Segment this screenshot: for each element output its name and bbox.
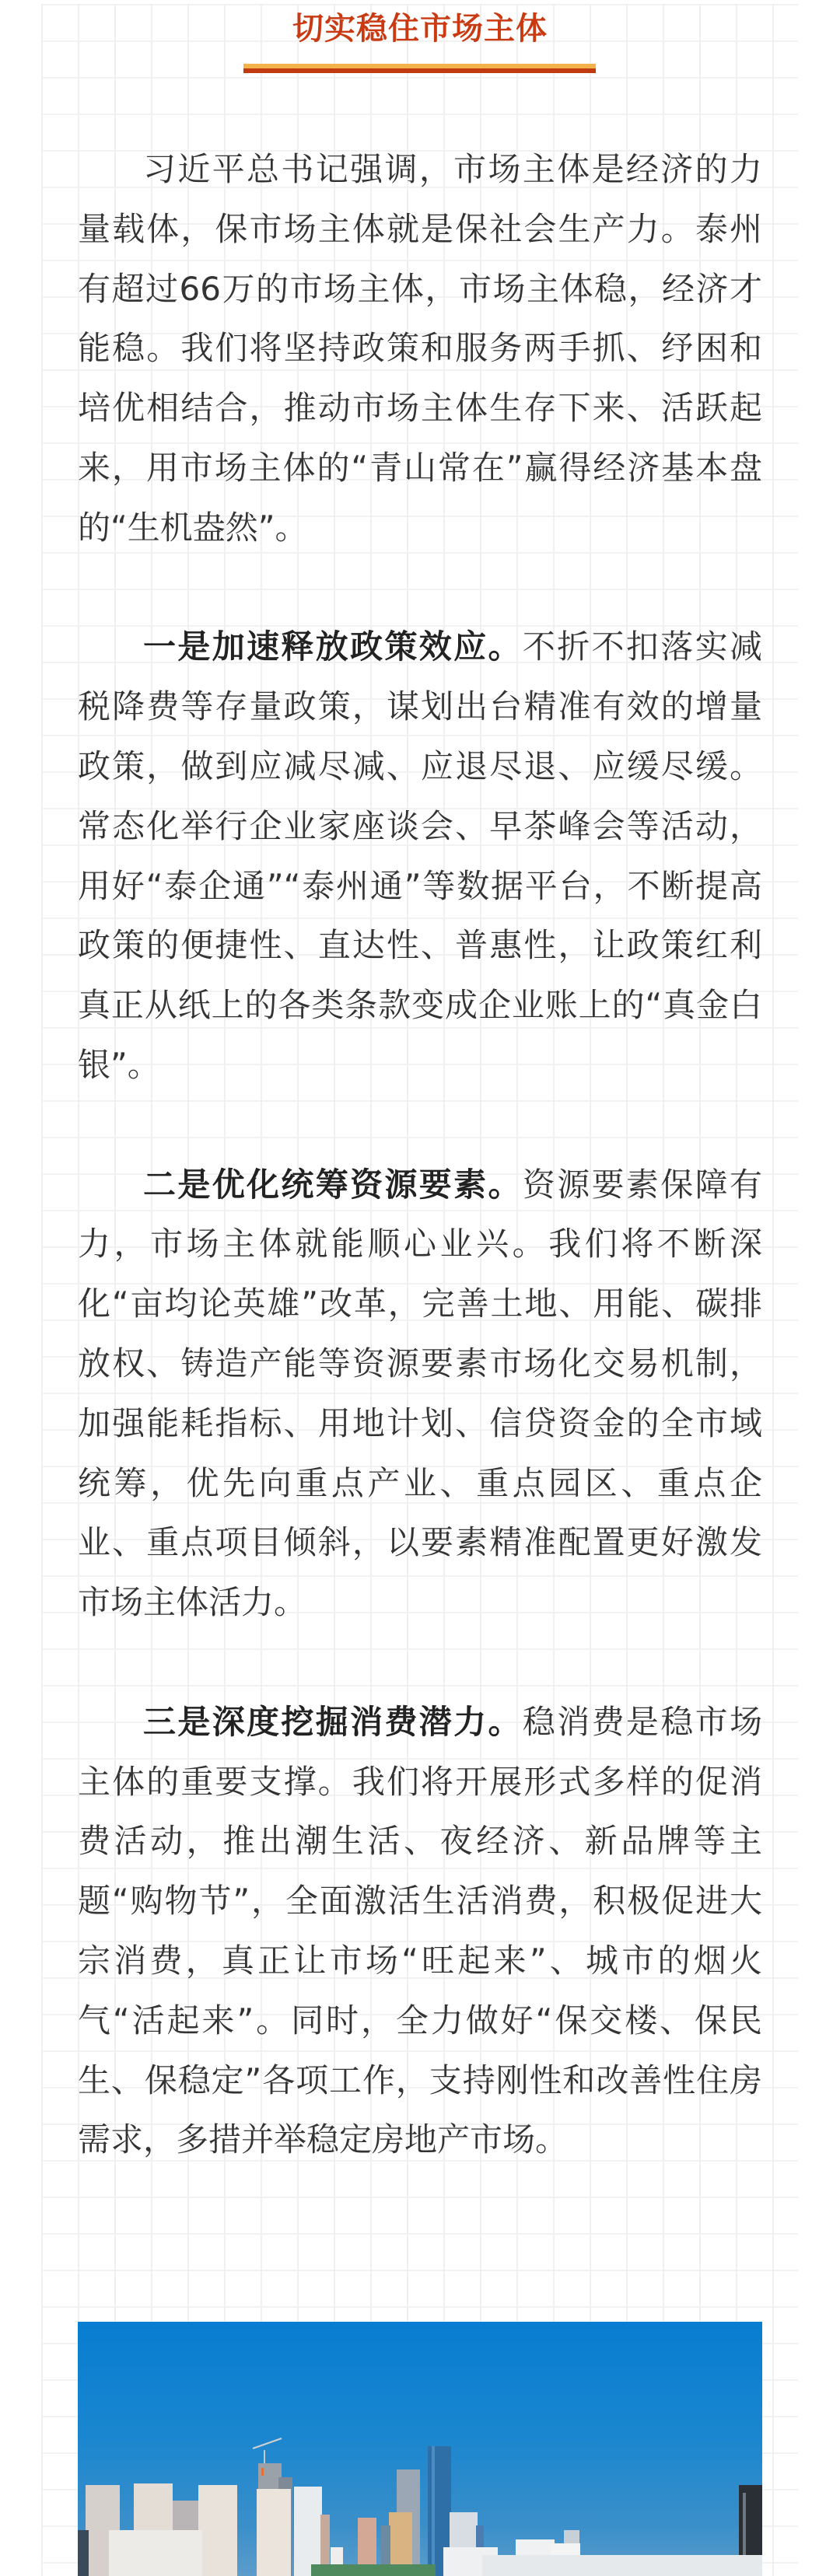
- article-body: 习近平总书记强调，市场主体是经济的力量载体，保市场主体就是保社会生产力。泰州有超…: [78, 140, 762, 2230]
- paragraph-text: 资源要素保障有力，市场主体就能顺心业兴。我们将不断深化“亩均论英雄”改革，完善土…: [78, 1166, 762, 1622]
- paragraph-resources: 二是优化统筹资源要素。资源要素保障有力，市场主体就能顺心业兴。我们将不断深化“亩…: [78, 1155, 762, 1633]
- paragraph-consumption: 三是深度挖掘消费潜力。稳消费是稳市场主体的重要支撑。我们将开展形式多样的促消费活…: [78, 1693, 762, 2170]
- paragraph-text: 稳消费是稳市场主体的重要支撑。我们将开展形式多样的促消费活动，推出潮生活、夜经济…: [78, 1703, 762, 2159]
- title-underline-bar: [243, 64, 596, 73]
- paragraph-lead: 二是优化统筹资源要素。: [143, 1166, 523, 1204]
- paragraph-lead: 一是加速释放政策效应。: [143, 627, 523, 666]
- section-title: 切实稳住市场主体: [0, 9, 840, 48]
- paragraph-lead: 三是深度挖掘消费潜力。: [143, 1703, 523, 1741]
- skyline-illustration: [78, 2322, 762, 2576]
- paragraph-text: 习近平总书记强调，市场主体是经济的力量载体，保市场主体就是保社会生产力。泰州有超…: [78, 150, 762, 547]
- paragraph-policy: 一是加速释放政策效应。不折不扣落实减税降费等存量政策，谋划出台精准有效的增量政策…: [78, 617, 762, 1095]
- title-underline-red: [243, 68, 596, 73]
- section-header: 切实稳住市场主体: [0, 0, 840, 78]
- paragraph-intro: 习近平总书记强调，市场主体是经济的力量载体，保市场主体就是保社会生产力。泰州有超…: [78, 140, 762, 558]
- paragraph-text: 不折不扣落实减税降费等存量政策，谋划出台精准有效的增量政策，做到应减尽减、应退尽…: [78, 627, 762, 1084]
- city-skyline-photo: [78, 2322, 762, 2576]
